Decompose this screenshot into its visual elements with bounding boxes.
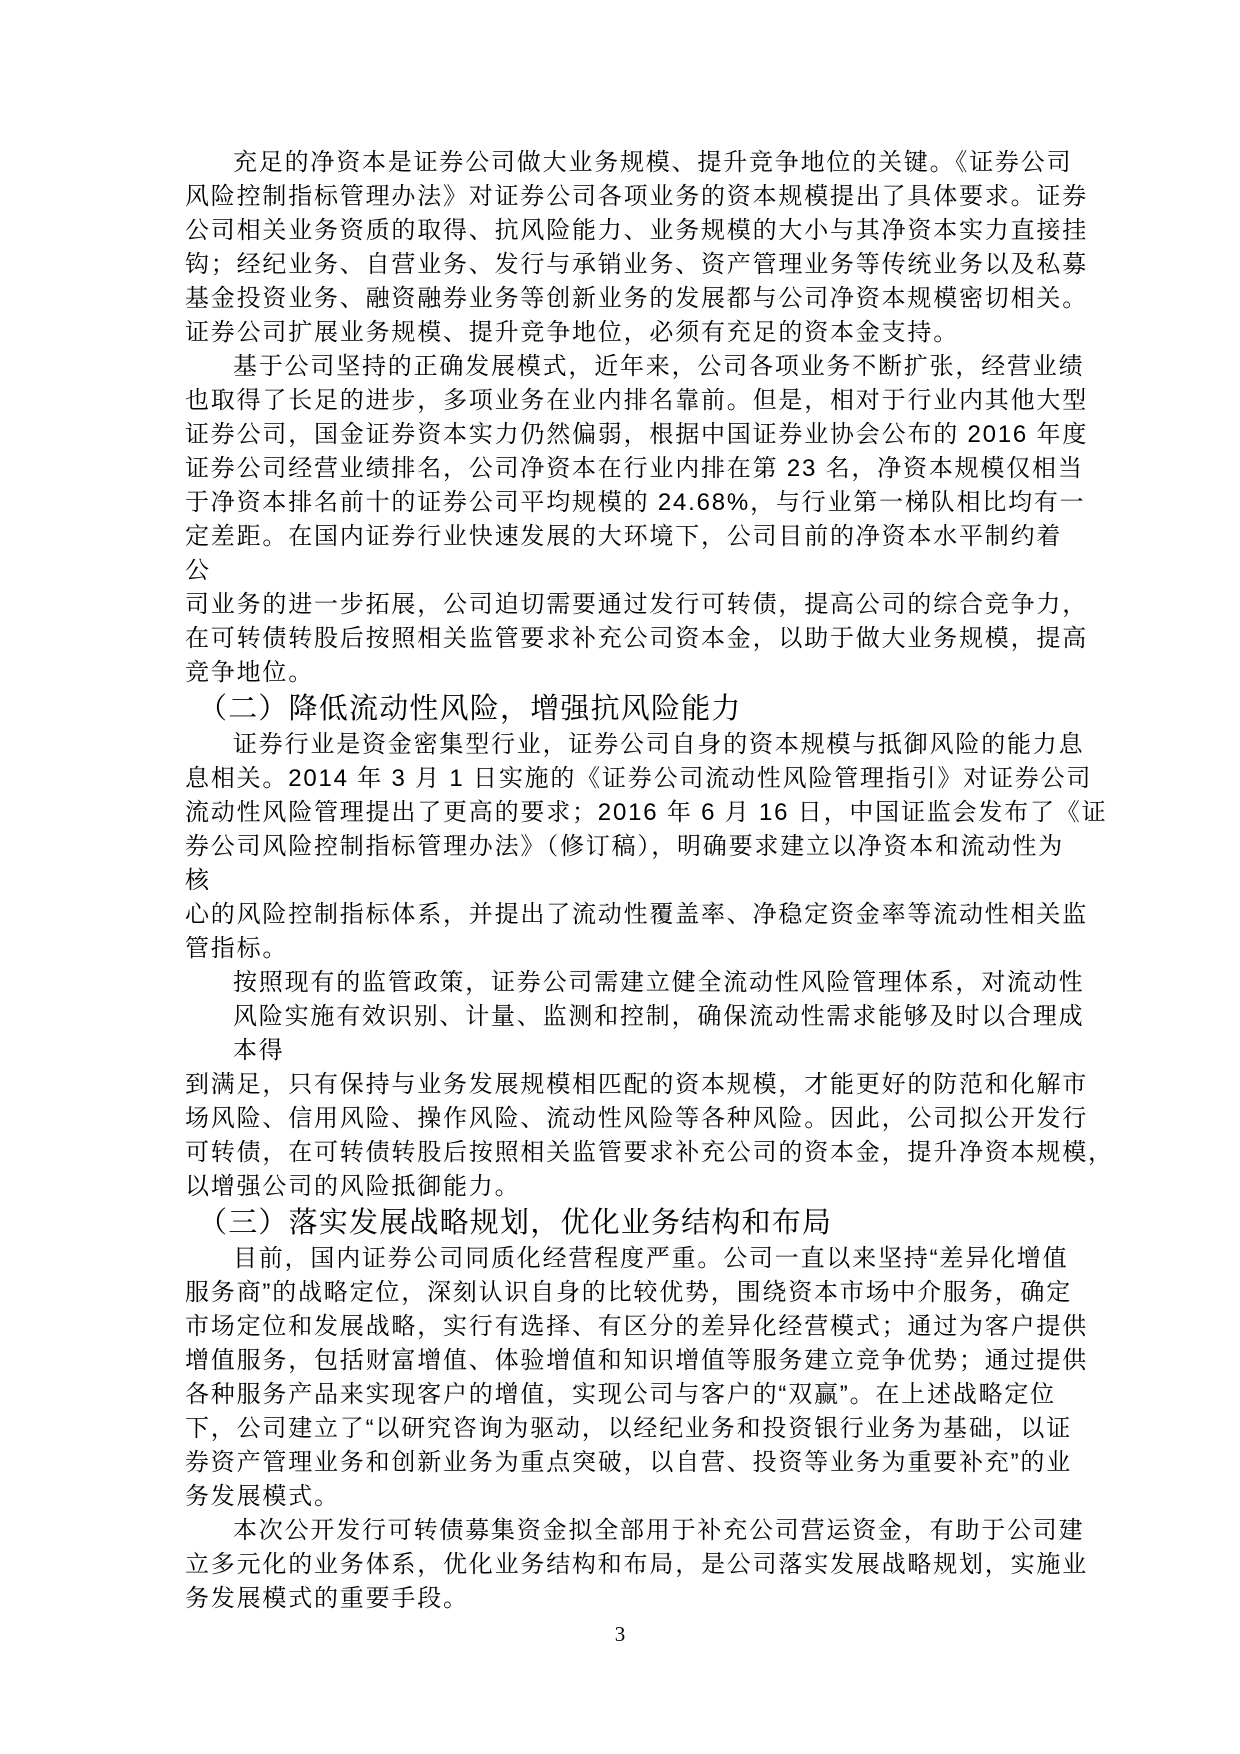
body-line: 到满足，只有保持与业务发展规模相匹配的资本规模，才能更好的防范和化解市	[185, 1068, 1065, 1102]
body-line: 于净资本排名前十的证券公司平均规模的 24.68%，与行业第一梯队相比均有一	[185, 486, 1065, 520]
document-body: 充足的净资本是证券公司做大业务规模、提升竞争地位的关键。《证券公司风险控制指标管…	[185, 146, 1065, 1616]
body-line: 竞争地位。	[185, 656, 1065, 690]
body-line: 管指标。	[185, 932, 1065, 966]
body-line: 流动性风险管理提出了更高的要求；2016 年 6 月 16 日，中国证监会发布了…	[185, 796, 1065, 830]
section-heading: （三）落实发展战略规划，优化业务结构和布局	[185, 1204, 1065, 1242]
body-line: 务发展模式。	[185, 1480, 1065, 1514]
body-line: 核	[185, 864, 1065, 898]
body-line: 可转债，在可转债转股后按照相关监管要求补充公司的资本金，提升净资本规模，	[185, 1136, 1065, 1170]
body-line: 证券公司，国金证券资本实力仍然偏弱，根据中国证券业协会公布的 2016 年度	[185, 418, 1065, 452]
body-line: 公司相关业务资质的取得、抗风险能力、业务规模的大小与其净资本实力直接挂	[185, 214, 1065, 248]
body-line: 在可转债转股后按照相关监管要求补充公司资本金，以助于做大业务规模，提高	[185, 622, 1065, 656]
body-line: 市场定位和发展战略，实行有选择、有区分的差异化经营模式；通过为客户提供	[185, 1310, 1065, 1344]
body-line: 券公司风险控制指标管理办法》（修订稿），明确要求建立以净资本和流动性为	[185, 830, 1065, 864]
document-page: 充足的净资本是证券公司做大业务规模、提升竞争地位的关键。《证券公司风险控制指标管…	[0, 0, 1240, 1754]
section-heading: （二）降低流动性风险，增强抗风险能力	[185, 690, 1065, 728]
body-line: 公	[185, 554, 1065, 588]
body-line: 本次公开发行可转债募集资金拟全部用于补充公司营运资金，有助于公司建	[185, 1514, 1065, 1548]
body-line: 本得	[185, 1034, 1065, 1068]
body-line: 务发展模式的重要手段。	[185, 1582, 1065, 1616]
body-line: 场风险、信用风险、操作风险、流动性风险等各种风险。因此，公司拟公开发行	[185, 1102, 1065, 1136]
body-line: 息相关。2014 年 3 月 1 日实施的《证券公司流动性风险管理指引》对证券公…	[185, 762, 1065, 796]
body-line: 基金投资业务、融资融券业务等创新业务的发展都与公司净资本规模密切相关。	[185, 282, 1065, 316]
body-line: 心的风险控制指标体系，并提出了流动性覆盖率、净稳定资金率等流动性相关监	[185, 898, 1065, 932]
body-line: 服务商”的战略定位，深刻认识自身的比较优势，围绕资本市场中介服务，确定	[185, 1276, 1065, 1310]
body-line: 风险控制指标管理办法》对证券公司各项业务的资本规模提出了具体要求。证券	[185, 180, 1065, 214]
body-line: 基于公司坚持的正确发展模式，近年来，公司各项业务不断扩张，经营业绩	[185, 350, 1065, 384]
body-line: 钩；经纪业务、自营业务、发行与承销业务、资产管理业务等传统业务以及私募	[185, 248, 1065, 282]
body-line: 证券公司扩展业务规模、提升竞争地位，必须有充足的资本金支持。	[185, 316, 1065, 350]
body-line: 定差距。在国内证券行业快速发展的大环境下，公司目前的净资本水平制约着	[185, 520, 1065, 554]
body-line: 按照现有的监管政策，证券公司需建立健全流动性风险管理体系，对流动性	[185, 966, 1065, 1000]
body-line: 也取得了长足的进步，多项业务在业内排名靠前。但是，相对于行业内其他大型	[185, 384, 1065, 418]
body-line: 立多元化的业务体系，优化业务结构和布局，是公司落实发展战略规划，实施业	[185, 1548, 1065, 1582]
body-line: 充足的净资本是证券公司做大业务规模、提升竞争地位的关键。《证券公司	[185, 146, 1065, 180]
body-line: 证券公司经营业绩排名，公司净资本在行业内排在第 23 名，净资本规模仅相当	[185, 452, 1065, 486]
page-number: 3	[0, 1622, 1240, 1647]
body-line: 以增强公司的风险抵御能力。	[185, 1170, 1065, 1204]
body-line: 风险实施有效识别、计量、监测和控制，确保流动性需求能够及时以合理成	[185, 1000, 1065, 1034]
body-line: 各种服务产品来实现客户的增值，实现公司与客户的“双赢”。在上述战略定位	[185, 1378, 1065, 1412]
body-line: 增值服务，包括财富增值、体验增值和知识增值等服务建立竞争优势；通过提供	[185, 1344, 1065, 1378]
body-line: 目前，国内证券公司同质化经营程度严重。公司一直以来坚持“差异化增值	[185, 1242, 1065, 1276]
body-line: 证券行业是资金密集型行业，证券公司自身的资本规模与抵御风险的能力息	[185, 728, 1065, 762]
body-line: 司业务的进一步拓展，公司迫切需要通过发行可转债，提高公司的综合竞争力，	[185, 588, 1065, 622]
body-line: 券资产管理业务和创新业务为重点突破，以自营、投资等业务为重要补充”的业	[185, 1446, 1065, 1480]
body-line: 下，公司建立了“以研究咨询为驱动，以经纪业务和投资银行业务为基础，以证	[185, 1412, 1065, 1446]
